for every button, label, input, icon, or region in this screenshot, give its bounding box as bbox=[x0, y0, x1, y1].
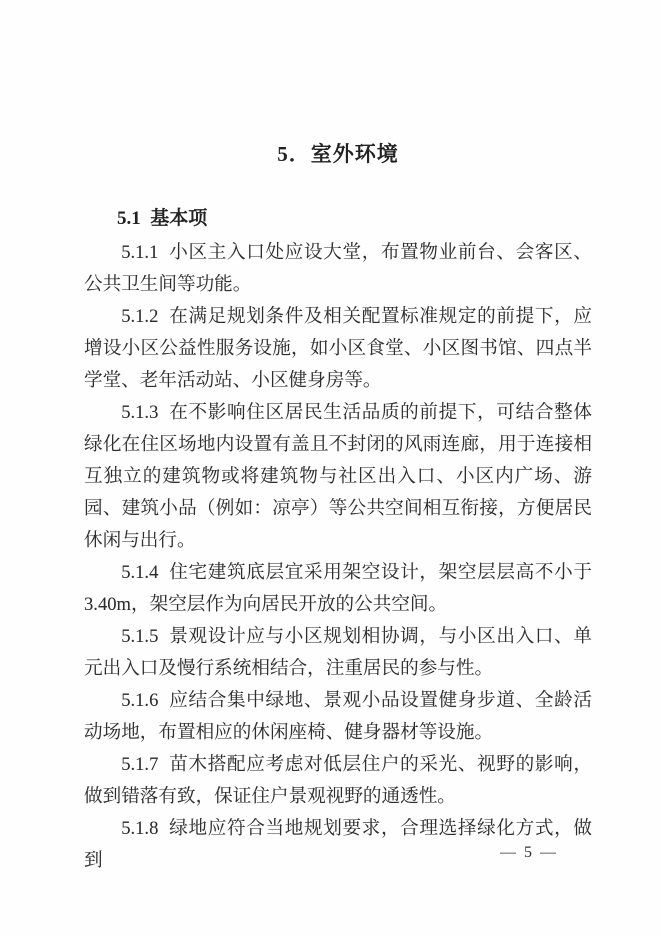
clause-text: 住宅建筑底层宜采用架空设计，架空层层高不小于3.40m，架空层作为向居民开放的公… bbox=[84, 562, 592, 615]
clause-5-1-5: 5.1.5景观设计应与小区规划相协调，与小区出入口、单元出入口及慢行系统相结合，… bbox=[84, 621, 592, 685]
clause-5-1-3: 5.1.3在不影响住区居民生活品质的前提下，可结合整体绿化在住区场地内设置有盖且… bbox=[84, 397, 592, 557]
clause-5-1-7: 5.1.7苗木搭配应考虑对低层住户的采光、视野的影响，做到错落有致，保证住户景观… bbox=[84, 749, 592, 813]
clause-number: 5.1.4 bbox=[121, 562, 158, 583]
clause-5-1-2: 5.1.2在满足规划条件及相关配置标准规定的前提下，应增设小区公益性服务设施，如… bbox=[84, 301, 592, 397]
section-heading: 5.1基本项 bbox=[117, 207, 592, 231]
clause-number: 5.1.8 bbox=[121, 818, 158, 839]
clause-number: 5.1.6 bbox=[121, 690, 158, 711]
section-label: 基本项 bbox=[150, 208, 207, 229]
clause-5-1-4: 5.1.4住宅建筑底层宜采用架空设计，架空层层高不小于3.40m，架空层作为向居… bbox=[84, 557, 592, 621]
clause-text: 小区主入口处应设大堂，布置物业前台、会客区、公共卫生间等功能。 bbox=[84, 242, 592, 295]
clause-text: 景观设计应与小区规划相协调，与小区出入口、单元出入口及慢行系统相结合，注重居民的… bbox=[84, 626, 592, 679]
clause-text: 应结合集中绿地、景观小品设置健身步道、全龄活动场地，布置相应的休闲座椅、健身器材… bbox=[84, 690, 592, 743]
clause-number: 5.1.5 bbox=[121, 626, 158, 647]
clause-text: 苗木搭配应考虑对低层住户的采光、视野的影响，做到错落有致，保证住户景观视野的通透… bbox=[84, 754, 592, 807]
clause-number: 5.1.2 bbox=[121, 306, 158, 327]
section-number: 5.1 bbox=[117, 208, 141, 229]
document-page: 5．室外环境 5.1基本项 5.1.1小区主入口处应设大堂，布置物业前台、会客区… bbox=[0, 0, 661, 935]
page-content: 5．室外环境 5.1基本项 5.1.1小区主入口处应设大堂，布置物业前台、会客区… bbox=[84, 142, 592, 877]
clause-text: 在不影响住区居民生活品质的前提下，可结合整体绿化在住区场地内设置有盖且不封闭的风… bbox=[84, 402, 592, 551]
page-number: — 5 — bbox=[500, 843, 558, 863]
clause-text: 在满足规划条件及相关配置标准规定的前提下，应增设小区公益性服务设施，如小区食堂、… bbox=[84, 306, 592, 391]
clause-5-1-1: 5.1.1小区主入口处应设大堂，布置物业前台、会客区、公共卫生间等功能。 bbox=[84, 237, 592, 301]
clause-5-1-6: 5.1.6应结合集中绿地、景观小品设置健身步道、全龄活动场地，布置相应的休闲座椅… bbox=[84, 685, 592, 749]
clause-number: 5.1.7 bbox=[121, 754, 158, 775]
clause-number: 5.1.3 bbox=[121, 402, 158, 423]
chapter-title: 5．室外环境 bbox=[84, 142, 592, 167]
clause-number: 5.1.1 bbox=[121, 242, 158, 263]
